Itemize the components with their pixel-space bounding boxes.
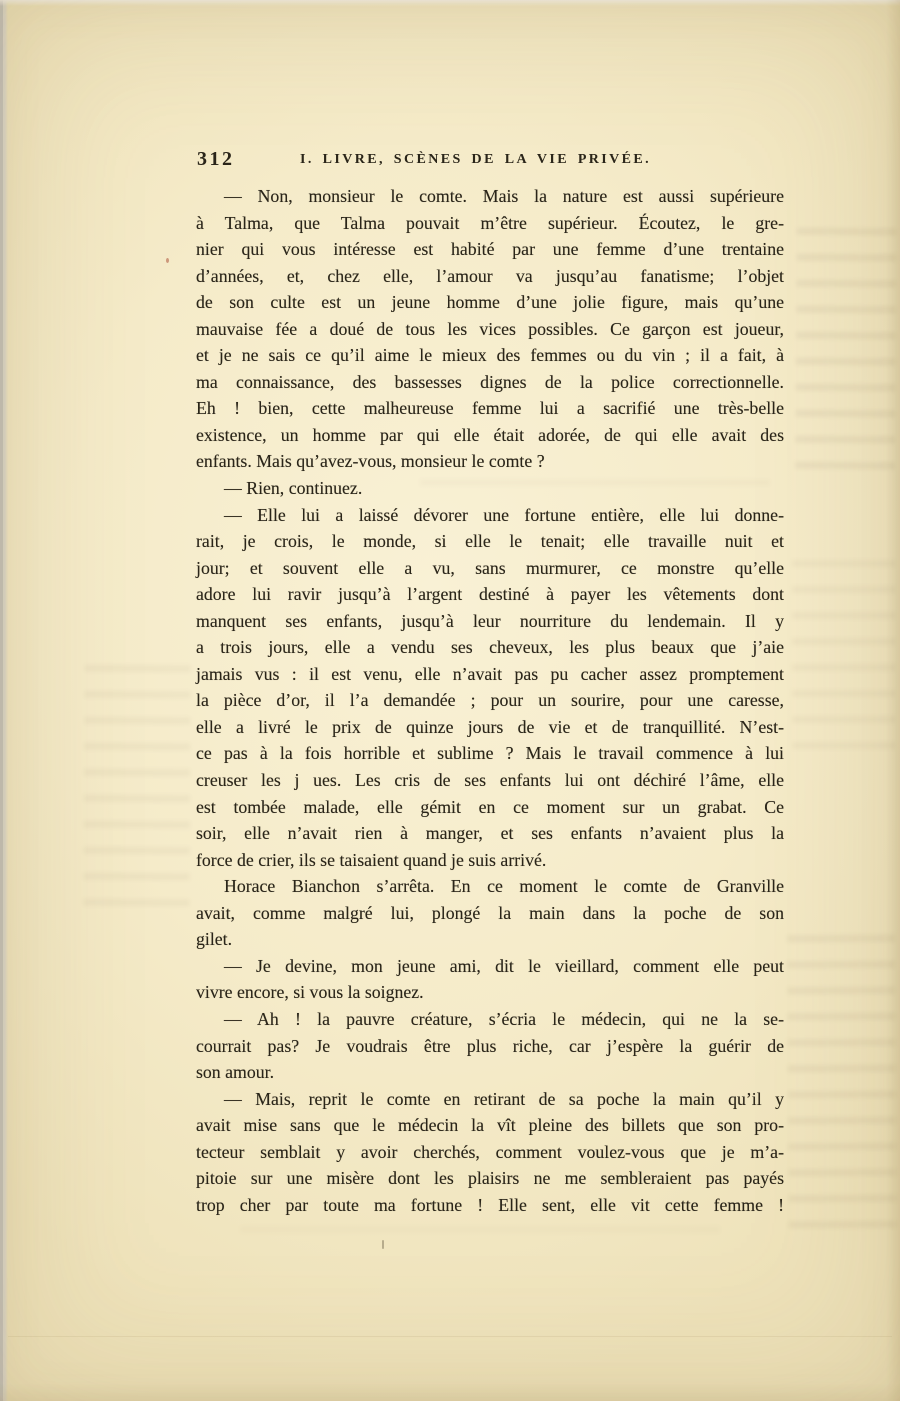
text-line: et je ne sais ce qu’il aime le mieux des…	[196, 342, 784, 369]
page-body: — Non, monsieur le comte. Mais la nature…	[196, 183, 784, 1218]
ink-speck	[382, 1240, 384, 1249]
text-line: vivre encore, si vous la soignez.	[196, 979, 784, 1006]
text-line: ce pas à la fois horrible et sublime ? M…	[196, 740, 784, 767]
bleed-through-ghost	[240, 1226, 720, 1250]
text-line: jour; et souvent elle a vu, sans murmure…	[196, 555, 784, 582]
text-line: adore lui ravir jusqu’à l’argent destiné…	[196, 581, 784, 608]
text-line: rait, je crois, le monde, si elle le ten…	[196, 528, 784, 555]
text-line: avait mise sans que le médecin la vît pl…	[196, 1112, 784, 1139]
paragraph: — Rien, continuez.	[196, 475, 784, 502]
text-line: jamais vus : il est venu, elle n’avait p…	[196, 661, 784, 688]
text-line: mauvaise fée a doué de tous les vices po…	[196, 316, 784, 343]
text-line: — Ah ! la pauvre créature, s’écria le mé…	[196, 1006, 784, 1033]
paper-crease	[8, 1336, 892, 1337]
bleed-through-ghost	[83, 665, 190, 926]
scan-edge-top	[0, 0, 900, 6]
text-line: a trois jours, elle a vendu ses cheveux,…	[196, 634, 784, 661]
text-line: Eh ! bien, cette malheureuse femme lui a…	[196, 395, 784, 422]
paragraph: — Non, monsieur le comte. Mais la nature…	[196, 183, 784, 475]
text-line: trop cher par toute ma fortune ! Elle se…	[196, 1192, 784, 1219]
text-line: son amour.	[196, 1059, 784, 1086]
text-line: force de crier, ils se taisaient quand j…	[196, 847, 784, 874]
paragraph: — Elle lui a laissé dévorer une fortune …	[196, 502, 784, 874]
text-line: nier qui vous intéresse est habité par u…	[196, 236, 784, 263]
ink-speck	[166, 258, 169, 263]
text-line: elle a livré le prix de quinze jours de …	[196, 714, 784, 741]
book-page-scan: 312 I. LIVRE, SCÈNES DE LA VIE PRIVÉE. —…	[0, 0, 900, 1401]
bleed-through-ghost	[792, 560, 896, 760]
page-number: 312	[197, 148, 235, 171]
text-line: — Je devine, mon jeune ami, dit le vieil…	[196, 953, 784, 980]
text-line: courrait pas? Je voudrais être plus rich…	[196, 1033, 784, 1060]
text-line: est tombée malade, elle gémit en ce mome…	[196, 794, 784, 821]
text-line: d’années, et, chez elle, l’amour va jusq…	[196, 263, 784, 290]
running-title: I. LIVRE, SCÈNES DE LA VIE PRIVÉE.	[300, 152, 596, 168]
text-line: la pièce d’or, il l’a demandée ; pour un…	[196, 687, 784, 714]
text-line: manquent ses enfants, jusqu’à leur nourr…	[196, 608, 784, 635]
bleed-through-ghost	[795, 228, 897, 489]
text-line: enfants. Mais qu’avez-vous, monsieur le …	[196, 448, 784, 475]
text-line: — Mais, reprit le comte en retirant de s…	[196, 1086, 784, 1113]
text-line: tecteur semblait y avoir cherchés, comme…	[196, 1139, 784, 1166]
paragraph: — Je devine, mon jeune ami, dit le vieil…	[196, 953, 784, 1006]
text-line: de son culte est un jeune homme d’une jo…	[196, 289, 784, 316]
text-line: — Rien, continuez.	[196, 475, 784, 502]
text-line: pitoie sur une misère dont les plaisirs …	[196, 1165, 784, 1192]
text-line: à Talma, que Talma pouvait m’être supéri…	[196, 210, 784, 237]
text-line: creuser les j ues. Les cris de ses enfan…	[196, 767, 784, 794]
scan-edge-bottom	[0, 1383, 900, 1401]
paragraph: — Ah ! la pauvre créature, s’écria le mé…	[196, 1006, 784, 1086]
scan-edge-right	[886, 0, 900, 1401]
bleed-through-ghost	[787, 935, 897, 1246]
text-line: ma connaissance, des bassesses dignes de…	[196, 369, 784, 396]
text-line: — Non, monsieur le comte. Mais la nature…	[196, 183, 784, 210]
scan-edge-left	[0, 0, 8, 1401]
text-line: avait, comme malgré lui, plongé la main …	[196, 900, 784, 927]
paragraph: Horace Bianchon s’arrêta. En ce moment l…	[196, 873, 784, 953]
text-line: existence, un homme par qui elle était a…	[196, 422, 784, 449]
text-line: — Elle lui a laissé dévorer une fortune …	[196, 502, 784, 529]
text-line: soir, elle n’avait rien à manger, et ses…	[196, 820, 784, 847]
text-line: Horace Bianchon s’arrêta. En ce moment l…	[196, 873, 784, 900]
paragraph: — Mais, reprit le comte en retirant de s…	[196, 1086, 784, 1219]
page-header: 312 I. LIVRE, SCÈNES DE LA VIE PRIVÉE.	[196, 148, 784, 176]
text-line: gilet.	[196, 926, 784, 953]
